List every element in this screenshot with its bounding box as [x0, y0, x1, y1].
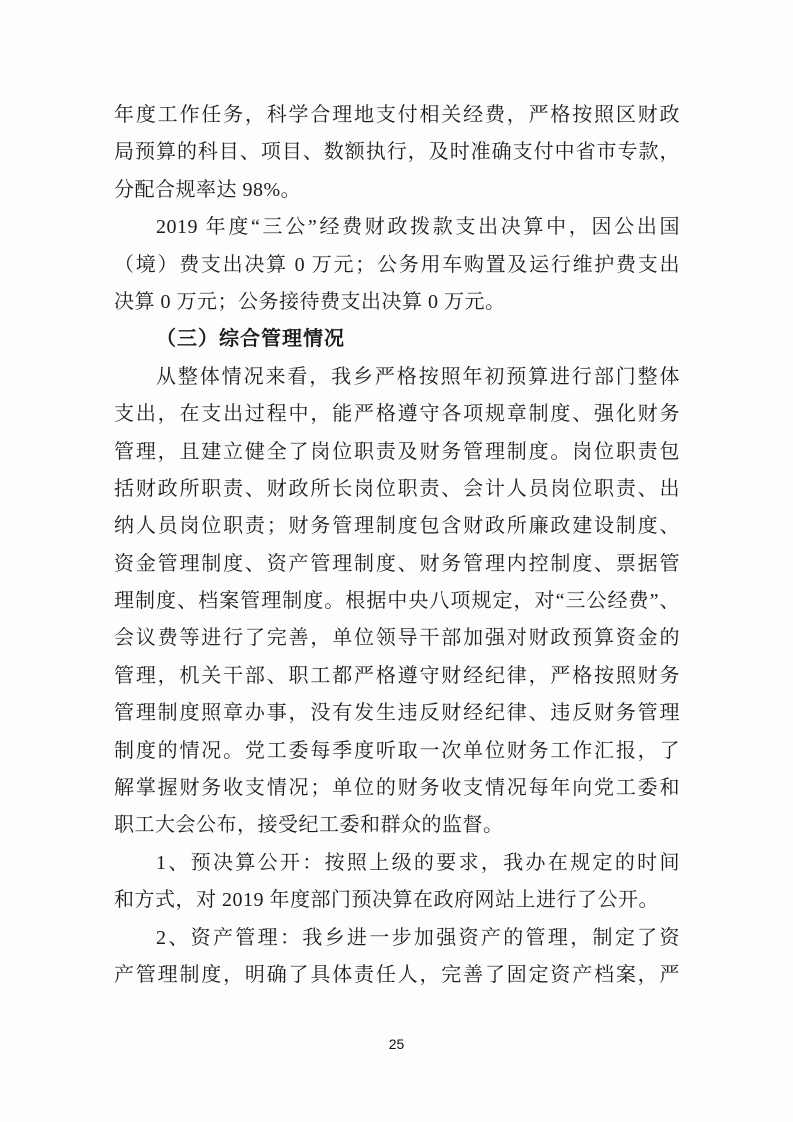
paragraph-line: 纳人员岗位职责；财务管理制度包含财政所廉政建设制度、: [114, 508, 680, 545]
document-page: 年度工作任务，科学合理地支付相关经费，严格按照区财政 局预算的科目、项目、数额执…: [0, 0, 793, 1122]
paragraph-line: 制度的情况。党工委每季度听取一次单位财务工作汇报，了: [114, 733, 680, 770]
paragraph-line: 管理，且建立健全了岗位职责及财务管理制度。岗位职责包: [114, 434, 680, 471]
paragraph-line: 分配合规率达 98%。: [114, 172, 680, 209]
paragraph-line: 从整体情况来看，我乡严格按照年初预算进行部门整体: [114, 359, 680, 396]
paragraph-line: 决算 0 万元；公务接待费支出决算 0 万元。: [114, 284, 680, 321]
paragraph-line: 资金管理制度、资产管理制度、财务管理内控制度、票据管: [114, 546, 680, 583]
paragraph-line: 2、资产管理：我乡进一步加强资产的管理，制定了资: [114, 920, 680, 957]
paragraph-line: 理制度、档案管理制度。根据中央八项规定，对“三公经费”、: [114, 583, 680, 620]
page-number: 25: [0, 1036, 793, 1052]
paragraph-line: 产管理制度，明确了具体责任人，完善了固定资产档案，严: [114, 957, 680, 994]
paragraph-line: 1、预决算公开：按照上级的要求，我办在规定的时间: [114, 845, 680, 882]
paragraph-line: 支出，在支出过程中，能严格遵守各项规章制度、强化财务: [114, 396, 680, 433]
paragraph-line: 会议费等进行了完善，单位领导干部加强对财政预算资金的: [114, 620, 680, 657]
paragraph-line: 职工大会公布，接受纪工委和群众的监督。: [114, 807, 680, 844]
document-text-block: 年度工作任务，科学合理地支付相关经费，严格按照区财政 局预算的科目、项目、数额执…: [114, 97, 680, 994]
paragraph-line: 年度工作任务，科学合理地支付相关经费，严格按照区财政: [114, 97, 680, 134]
paragraph-line: 括财政所职责、财政所长岗位职责、会计人员岗位职责、出: [114, 471, 680, 508]
paragraph-line: 和方式，对 2019 年度部门预决算在政府网站上进行了公开。: [114, 882, 680, 919]
paragraph-line: 局预算的科目、项目、数额执行，及时准确支付中省市专款，: [114, 134, 680, 171]
paragraph-line: （境）费支出决算 0 万元；公务用车购置及运行维护费支出: [114, 247, 680, 284]
paragraph-line: 2019 年度“三公”经费财政拨款支出决算中，因公出国: [114, 209, 680, 246]
paragraph-line: 管理，机关干部、职工都严格遵守财经纪律，严格按照财务: [114, 658, 680, 695]
section-heading: （三）综合管理情况: [114, 321, 680, 358]
paragraph-line: 解掌握财务收支情况；单位的财务收支情况每年向党工委和: [114, 770, 680, 807]
paragraph-line: 管理制度照章办事，没有发生违反财经纪律、违反财务管理: [114, 695, 680, 732]
